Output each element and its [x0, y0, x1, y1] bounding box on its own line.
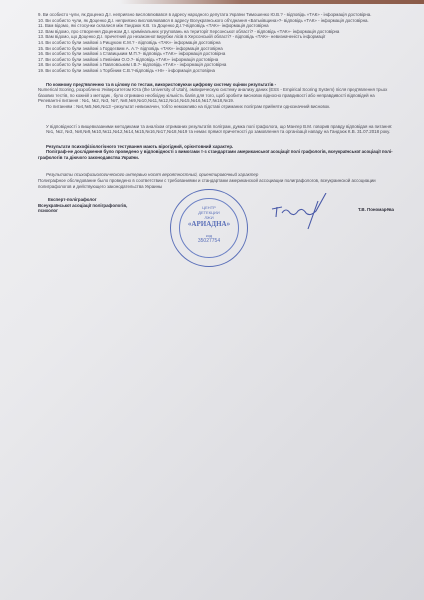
results-ua-line2: Поліграф-не дослідження було проведено у…: [38, 149, 398, 160]
results-ru-section: Результаты психофизиологического интервь…: [38, 172, 398, 189]
analysis-body: Numerical Scoring, розроблено Університе…: [38, 87, 398, 104]
handwritten-signature: [268, 193, 338, 243]
results-ru-line2: Полиграфное обследование было проведено …: [38, 178, 398, 189]
question-9: 9. Ви особисто чули, як Доценко Д.І. неп…: [38, 12, 398, 18]
document-page: 9. Ви особисто чули, як Доценко Д.І. неп…: [38, 12, 398, 267]
company-stamp: ЦЕНТР ДЕТЕКЦИИ ЛЖИ «АРИАДНА» код 3502775…: [170, 189, 248, 267]
photo-edge-band: [120, 0, 424, 4]
results-ua-section: Результати психофізіологічного тестуванн…: [38, 144, 398, 161]
expert-title-line3: психолог: [38, 208, 127, 214]
expert-name: Т.В. Пономарёва: [358, 207, 394, 213]
question-list: 9. Ви особисто чули, як Доценко Д.І. неп…: [38, 12, 398, 74]
question-19: 19. Ви особисто були знайомі з Торбіним …: [38, 68, 398, 74]
expert-title: Експерт-поліграфолог Всеукраїнської асоц…: [38, 197, 127, 214]
conclusion-p2: №1, №2, №3, №8,№9,№10,№11,№12,№14,№15,№1…: [38, 129, 398, 135]
analysis-undetermined: По питанням : №4,№5,№6,№13 –результат не…: [38, 104, 398, 110]
analysis-section: По кожному пред'явленню та в цілому по т…: [38, 82, 398, 110]
stamp-code: 35027754: [171, 239, 247, 243]
signature-block: Експерт-поліграфолог Всеукраїнської асоц…: [38, 197, 398, 267]
conclusion-section: У відповідності з вищевказаними методика…: [38, 124, 398, 135]
stamp-company-name: «АРИАДНА»: [171, 222, 247, 226]
